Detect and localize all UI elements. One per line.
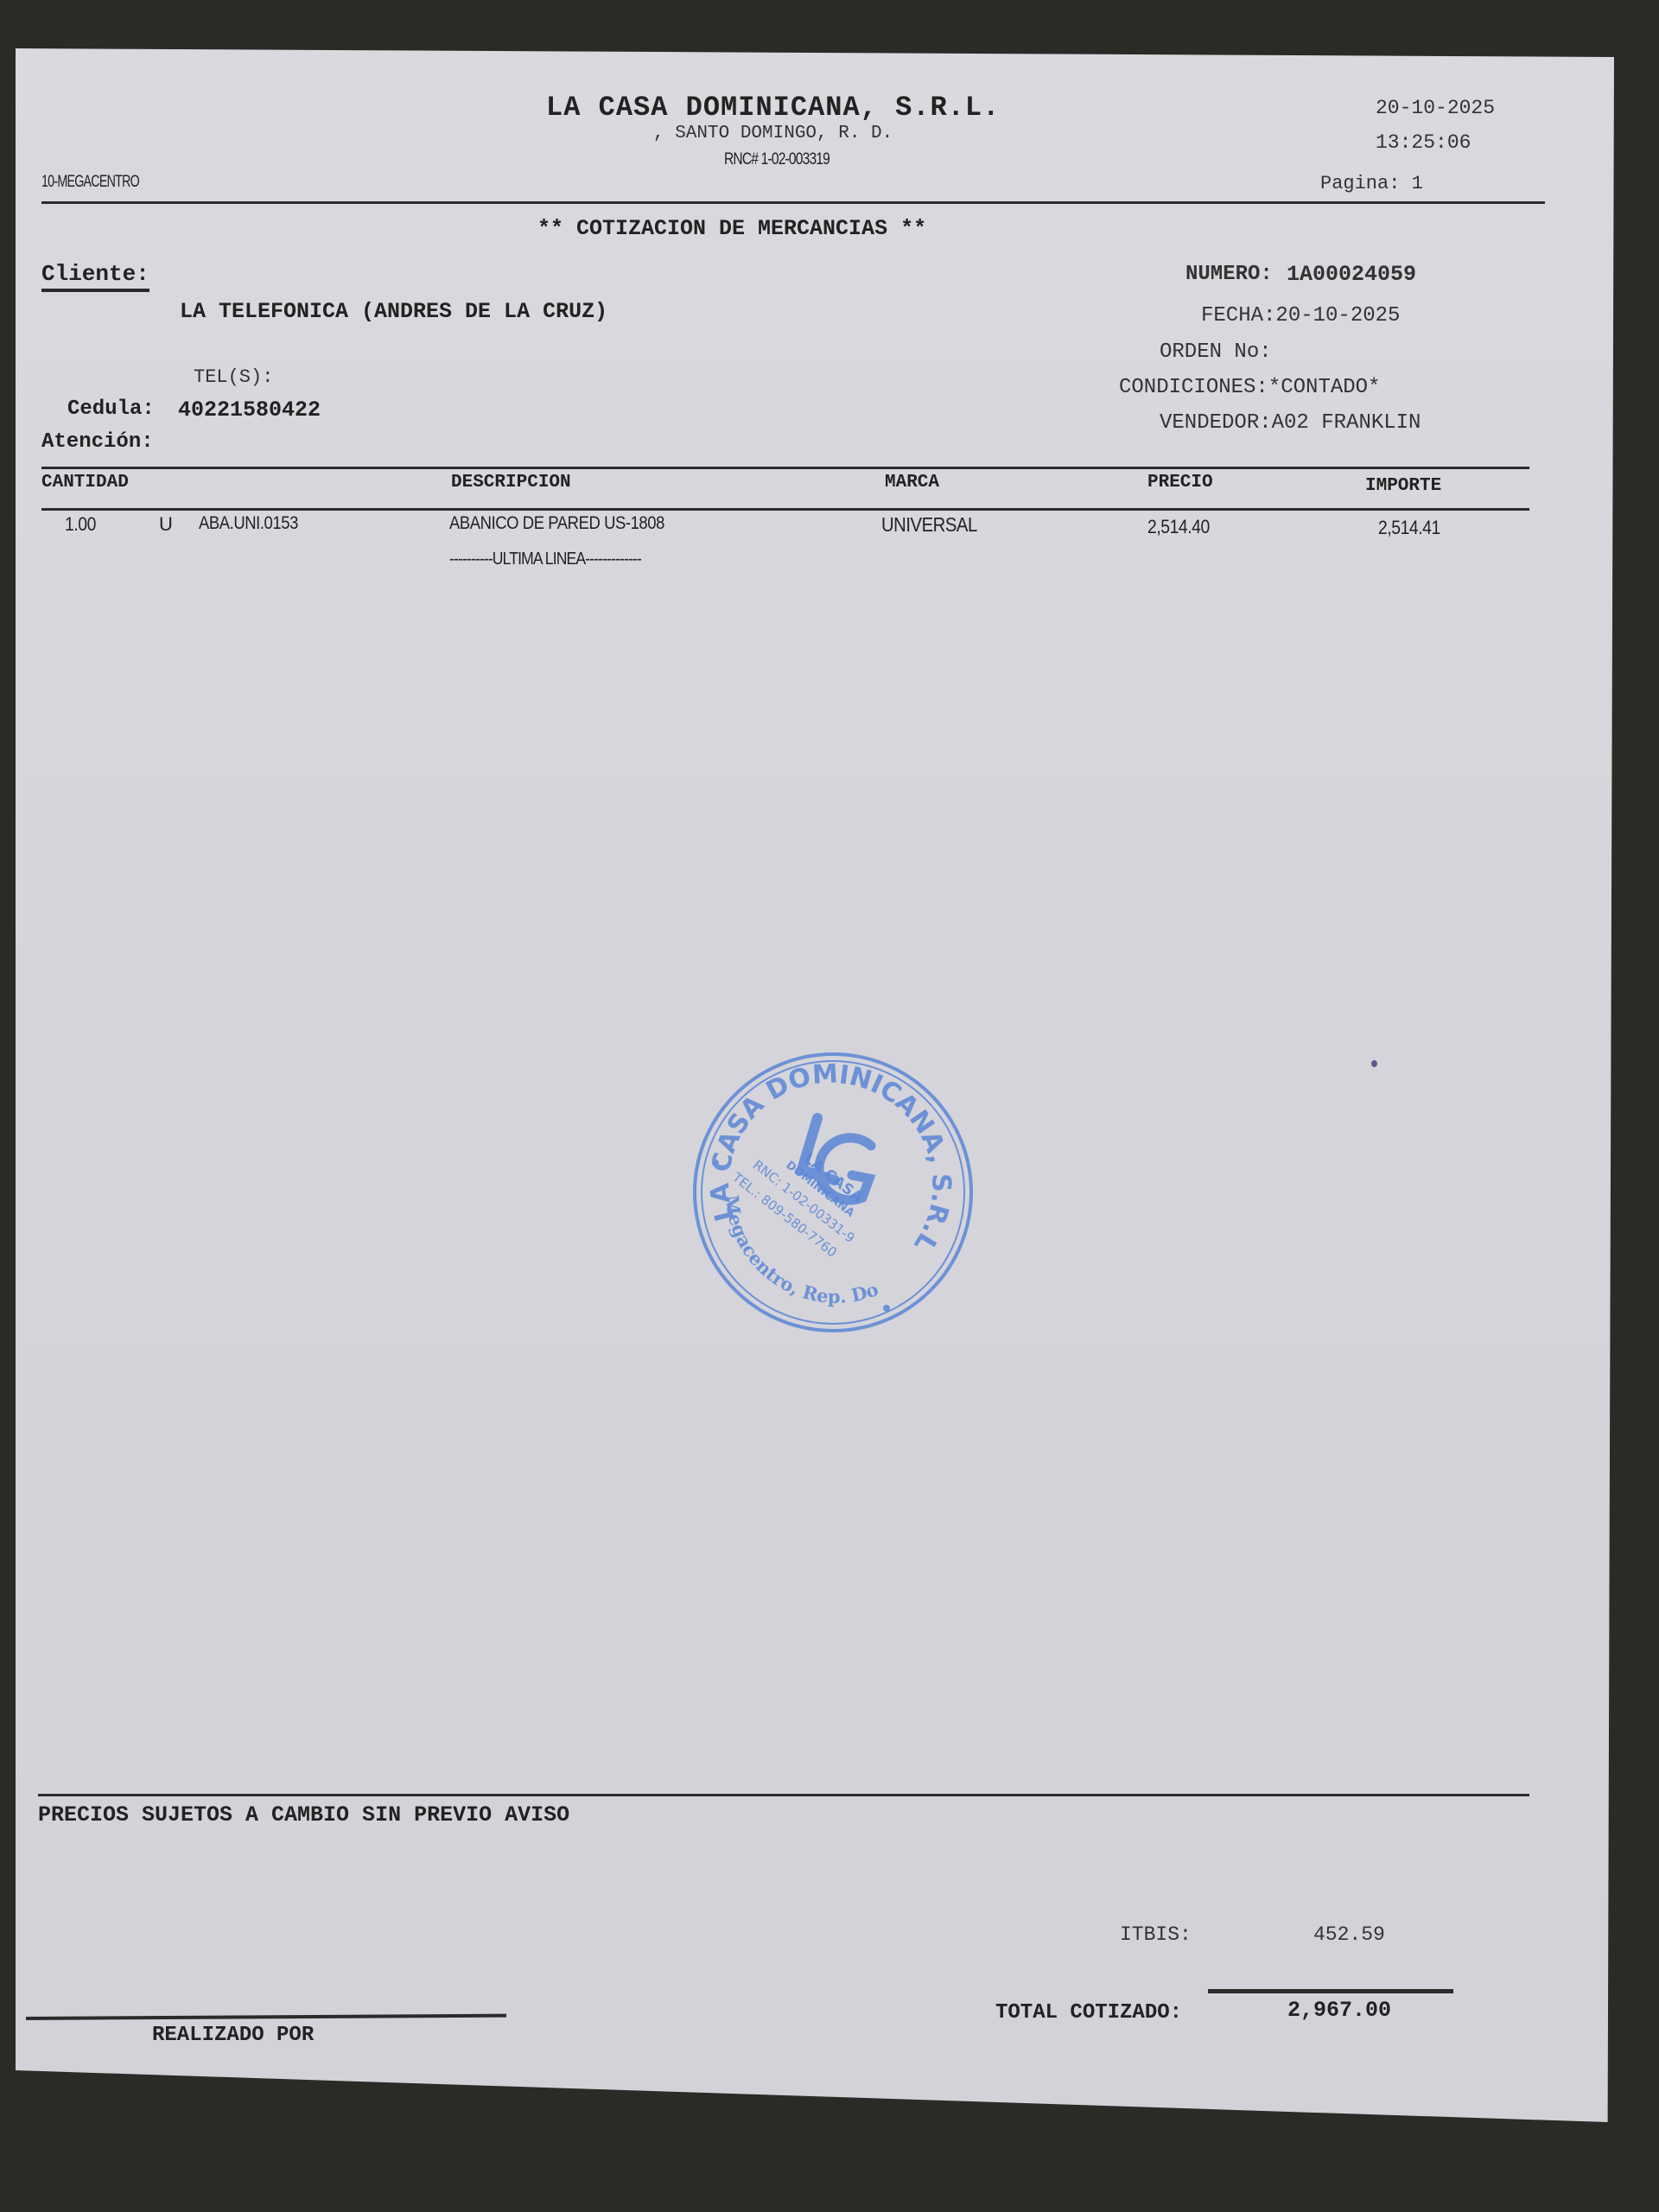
- table-header-divider: [41, 508, 1529, 511]
- col-descripcion: DESCRIPCION: [451, 473, 571, 493]
- row-unit: U: [159, 513, 172, 536]
- row-price: 2,514.40: [1147, 516, 1210, 538]
- table-top-divider: [41, 467, 1529, 469]
- last-line-marker: ----------ULTIMA LINEA-------------: [449, 550, 641, 569]
- quote-number-value: 1A00024059: [1287, 262, 1416, 287]
- header-divider: [41, 201, 1545, 204]
- client-label: Cliente:: [41, 261, 149, 292]
- company-address: , SANTO DOMINGO, R. D.: [653, 124, 893, 143]
- company-seal-stamp: LA CASA DOMINICANA, S.R.L. Megacentro, R…: [690, 1049, 976, 1336]
- quote-info: NUMERO: 1A00024059 FECHA:20-10-2025 ORDE…: [1116, 263, 1141, 426]
- order-number: ORDEN No:: [1160, 340, 1272, 364]
- total-label: TOTAL COTIZADO:: [995, 2001, 1182, 2024]
- quote-number-label: NUMERO:: [1185, 263, 1273, 286]
- print-date: 20-10-2025: [1376, 97, 1495, 119]
- col-importe: IMPORTE: [1365, 476, 1441, 496]
- footer-divider: [38, 1794, 1529, 1796]
- quote-date: FECHA:20-10-2025: [1201, 304, 1400, 327]
- itbis-label: ITBIS:: [1120, 1923, 1192, 1946]
- price-notice: PRECIOS SUJETOS A CAMBIO SIN PREVIO AVIS…: [38, 1802, 569, 1827]
- total-rule: [1208, 1989, 1453, 1993]
- salesperson: VENDEDOR:A02 FRANKLIN: [1160, 411, 1421, 435]
- payment-conditions: CONDICIONES:*CONTADO*: [1119, 376, 1380, 399]
- branch-name: 10-MEGACENTRO: [41, 173, 139, 192]
- row-amount: 2,514.41: [1378, 517, 1440, 539]
- row-quantity: 1.00: [65, 513, 96, 536]
- total-value: 2,967.00: [1287, 1998, 1391, 2023]
- row-description: ABANICO DE PARED US-1808: [449, 513, 664, 534]
- document-title: ** COTIZACION DE MERCANCIAS **: [537, 216, 926, 241]
- col-cantidad: CANTIDAD: [41, 473, 129, 493]
- client-phone-label: TEL(S):: [194, 366, 273, 388]
- company-name: LA CASA DOMINICANA, S.R.L.: [546, 92, 1000, 124]
- client-name: LA TELEFONICA (ANDRES DE LA CRUZ): [180, 299, 607, 324]
- page-number: Pagina: 1: [1320, 173, 1423, 194]
- col-marca: MARCA: [885, 473, 939, 493]
- company-rnc: RNC# 1-02-003319: [724, 150, 829, 169]
- itbis-value: 452.59: [1313, 1923, 1385, 1946]
- client-id-value: 40221580422: [178, 397, 321, 423]
- attention-label: Atención:: [41, 430, 154, 454]
- client-id-label: Cedula:: [67, 397, 155, 421]
- row-brand: UNIVERSAL: [881, 513, 977, 537]
- ink-speck: [1371, 1060, 1377, 1067]
- row-code: ABA.UNI.0153: [199, 513, 298, 534]
- signature-label: REALIZADO POR: [152, 2024, 314, 2047]
- col-precio: PRECIO: [1147, 473, 1213, 493]
- print-time: 13:25:06: [1376, 131, 1471, 154]
